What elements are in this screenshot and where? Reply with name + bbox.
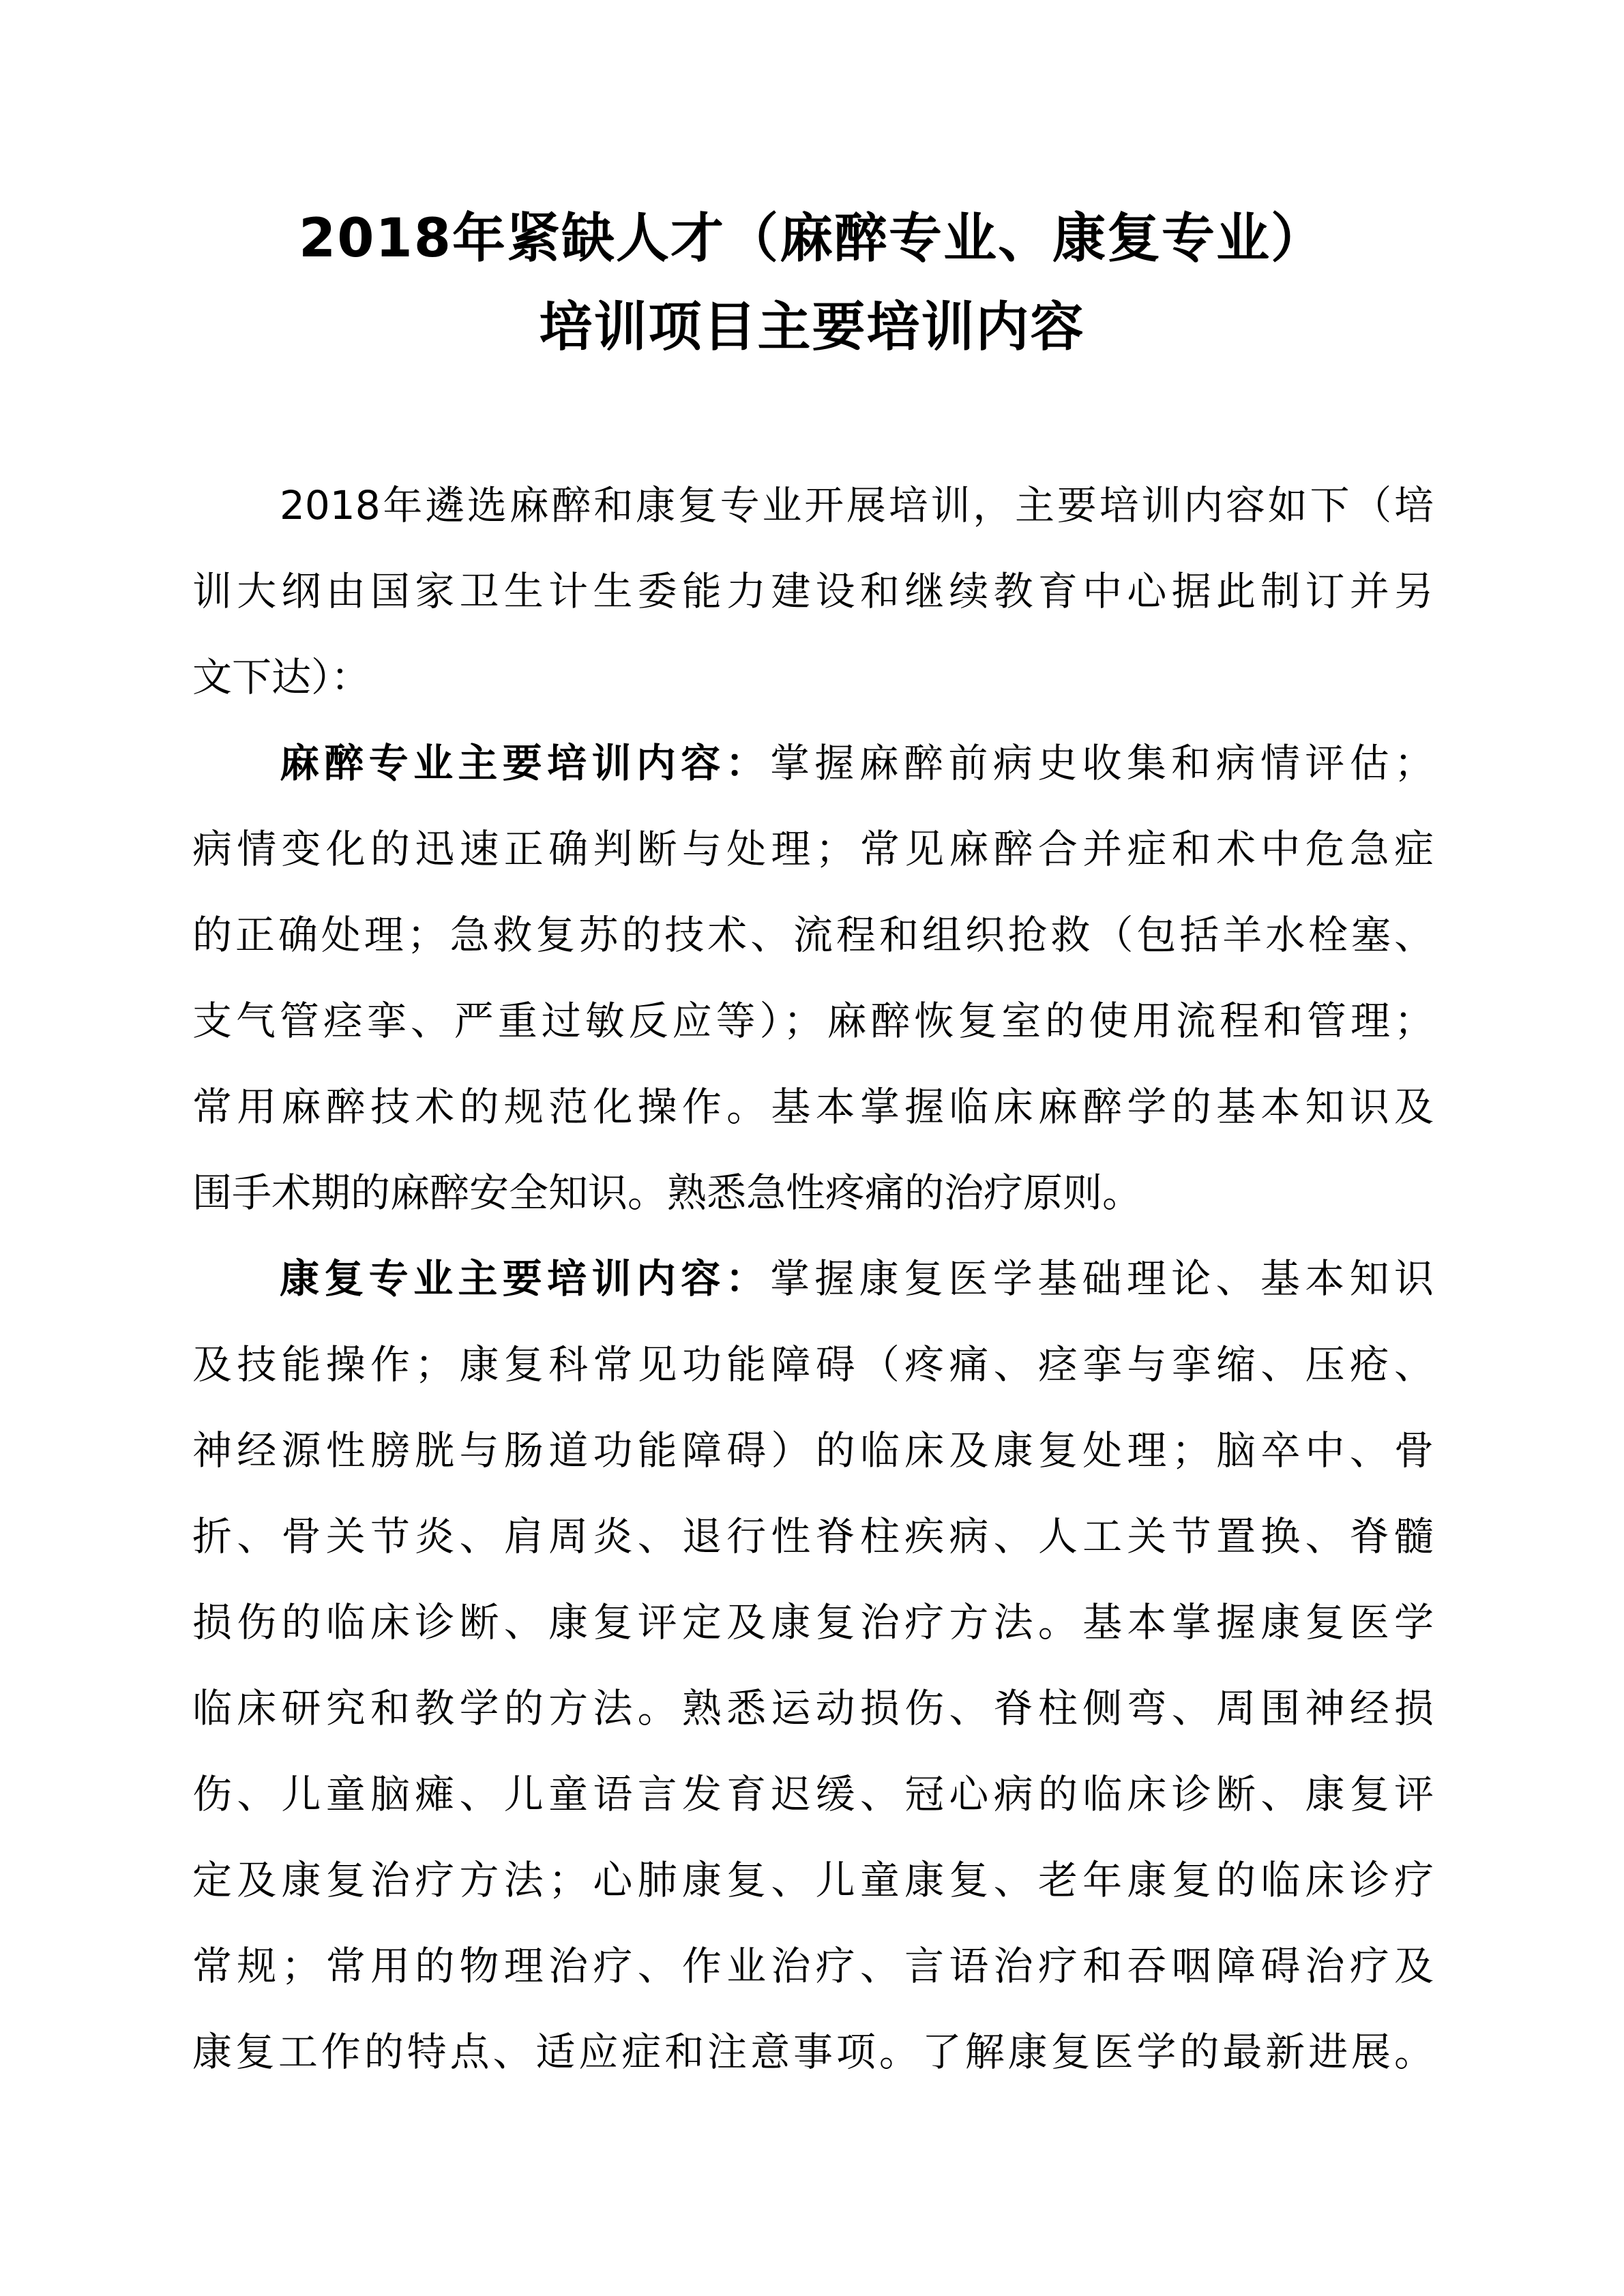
- anesthesia-heading: 麻醉专业主要培训内容：: [280, 740, 770, 786]
- document-page: 2018年紧缺人才（麻醉专业、康复专业） 培训项目主要培训内容 2018年遴选麻…: [0, 0, 1624, 2296]
- rehabilitation-line-4: 折、骨关节炎、肩周炎、退行性脊柱疾病、人工关节置换、脊髓: [192, 1499, 1434, 1574]
- document-title-line-2: 培训项目主要培训内容: [0, 293, 1624, 361]
- anesthesia-line-1: 掌握麻醉前病史收集和病情评估；: [770, 740, 1434, 786]
- rehabilitation-line-5: 损伤的临床诊断、康复评定及康复治疗方法。基本掌握康复医学: [192, 1585, 1434, 1660]
- rehabilitation-line-7: 伤、儿童脑瘫、儿童语言发育迟缓、冠心病的临床诊断、康复评: [192, 1757, 1434, 1832]
- intro-line-3: 文下达）：: [192, 640, 1434, 715]
- intro-line-1: 2018年遴选麻醉和康复专业开展培训，主要培训内容如下（培: [280, 468, 1434, 543]
- rehabilitation-heading: 康复专业主要培训内容：: [280, 1255, 770, 1302]
- rehabilitation-line-8: 定及康复治疗方法；心肺康复、儿童康复、老年康复的临床诊疗: [192, 1843, 1434, 1918]
- rehabilitation-line-3: 神经源性膀胱与肠道功能障碍）的临床及康复处理；脑卒中、骨: [192, 1413, 1434, 1488]
- anesthesia-line-4: 支气管痉挛、严重过敏反应等）；麻醉恢复室的使用流程和管理；: [192, 983, 1434, 1058]
- anesthesia-line-6: 围手术期的麻醉安全知识。熟悉急性疼痛的治疗原则。: [192, 1155, 1434, 1230]
- rehabilitation-line-2: 及技能操作；康复科常见功能障碍（疼痛、痉挛与挛缩、压疮、: [192, 1327, 1434, 1402]
- anesthesia-line-3: 的正确处理；急救复苏的技术、流程和组织抢救（包括羊水栓塞、: [192, 897, 1434, 972]
- intro-line-2: 训大纲由国家卫生计生委能力建设和继续教育中心据此制订并另: [192, 554, 1434, 629]
- rehabilitation-line-1: 掌握康复医学基础理论、基本知识: [770, 1255, 1434, 1302]
- anesthesia-paragraph-first-line: 麻醉专业主要培训内容：掌握麻醉前病史收集和病情评估；: [280, 726, 1434, 801]
- rehabilitation-line-9: 常规；常用的物理治疗、作业治疗、言语治疗和吞咽障碍治疗及: [192, 1928, 1434, 2003]
- document-title-line-1: 2018年紧缺人才（麻醉专业、康复专业）: [0, 205, 1624, 273]
- rehabilitation-line-6: 临床研究和教学的方法。熟悉运动损伤、脊柱侧弯、周围神经损: [192, 1671, 1434, 1746]
- anesthesia-line-2: 病情变化的迅速正确判断与处理；常见麻醉合并症和术中危急症: [192, 811, 1434, 886]
- rehabilitation-line-10: 康复工作的特点、适应症和注意事项。了解康复医学的最新进展。: [192, 2014, 1434, 2089]
- rehabilitation-paragraph-first-line: 康复专业主要培训内容：掌握康复医学基础理论、基本知识: [280, 1241, 1434, 1316]
- anesthesia-line-5: 常用麻醉技术的规范化操作。基本掌握临床麻醉学的基本知识及: [192, 1069, 1434, 1144]
